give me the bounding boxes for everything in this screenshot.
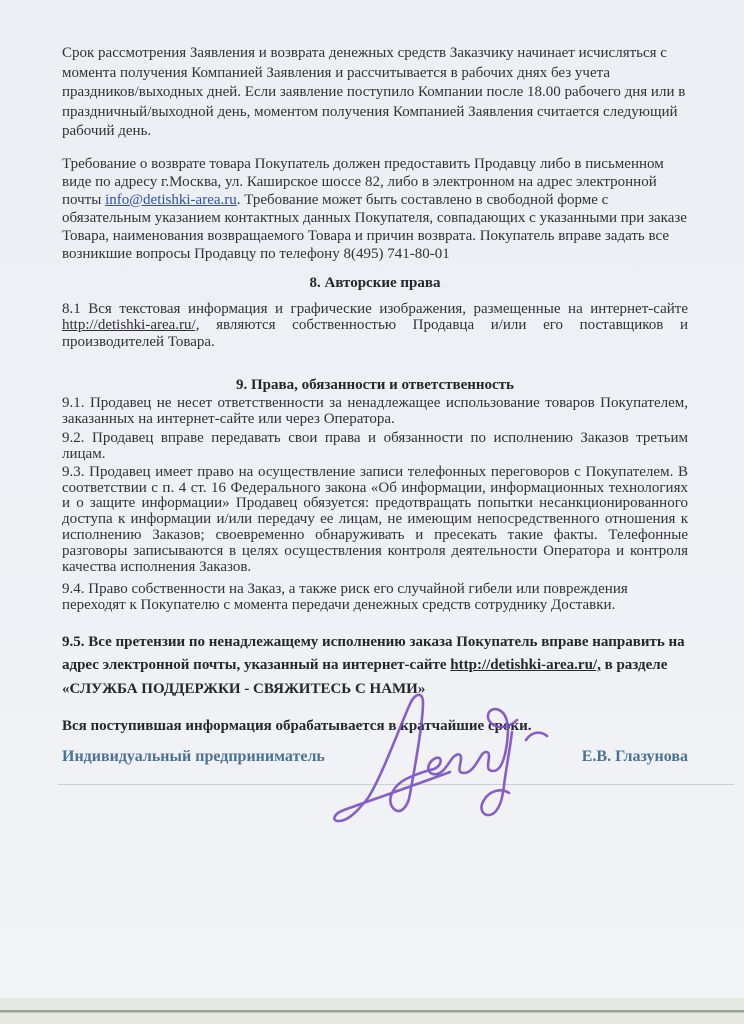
section-9-heading: 9. Права, обязанности и ответственность (62, 376, 688, 395)
document-body: Срок рассмотрения Заявления и возврата д… (62, 44, 688, 736)
paragraph-return-request: Требование о возврате товара Покупатель … (62, 155, 688, 263)
paragraph-9-2: 9.2. Продавец вправе передавать свои пра… (62, 431, 688, 463)
paragraph-refund-terms: Срок рассмотрения Заявления и возврата д… (62, 44, 688, 142)
website-link-bold[interactable]: http://detishki-area.ru/, (450, 657, 601, 673)
paragraph-9-3: 9.3. Продавец имеет право на осуществлен… (62, 465, 688, 576)
website-link[interactable]: http://detishki-area.ru/, (62, 317, 199, 333)
entrepreneur-label: Индивидуальный предприниматель (62, 747, 325, 767)
handwritten-signature (328, 688, 556, 840)
text-segment: 8.1 Вся текстовая информация и графическ… (62, 301, 688, 317)
scanner-background-strip (0, 998, 744, 1010)
paragraph-9-1: 9.1. Продавец не несет ответственности з… (62, 396, 688, 428)
signer-name: Е.В. Глазунова (582, 747, 688, 767)
paragraph-9-4: 9.4. Право собственности на Заказ, а так… (62, 582, 688, 614)
scanned-document-page: Срок рассмотрения Заявления и возврата д… (0, 0, 744, 1012)
section-8-heading: 8. Авторские права (62, 274, 688, 293)
email-link[interactable]: info@detishki-area.ru (105, 192, 237, 208)
paragraph-8-1: 8.1 Вся текстовая информация и графическ… (62, 301, 688, 351)
